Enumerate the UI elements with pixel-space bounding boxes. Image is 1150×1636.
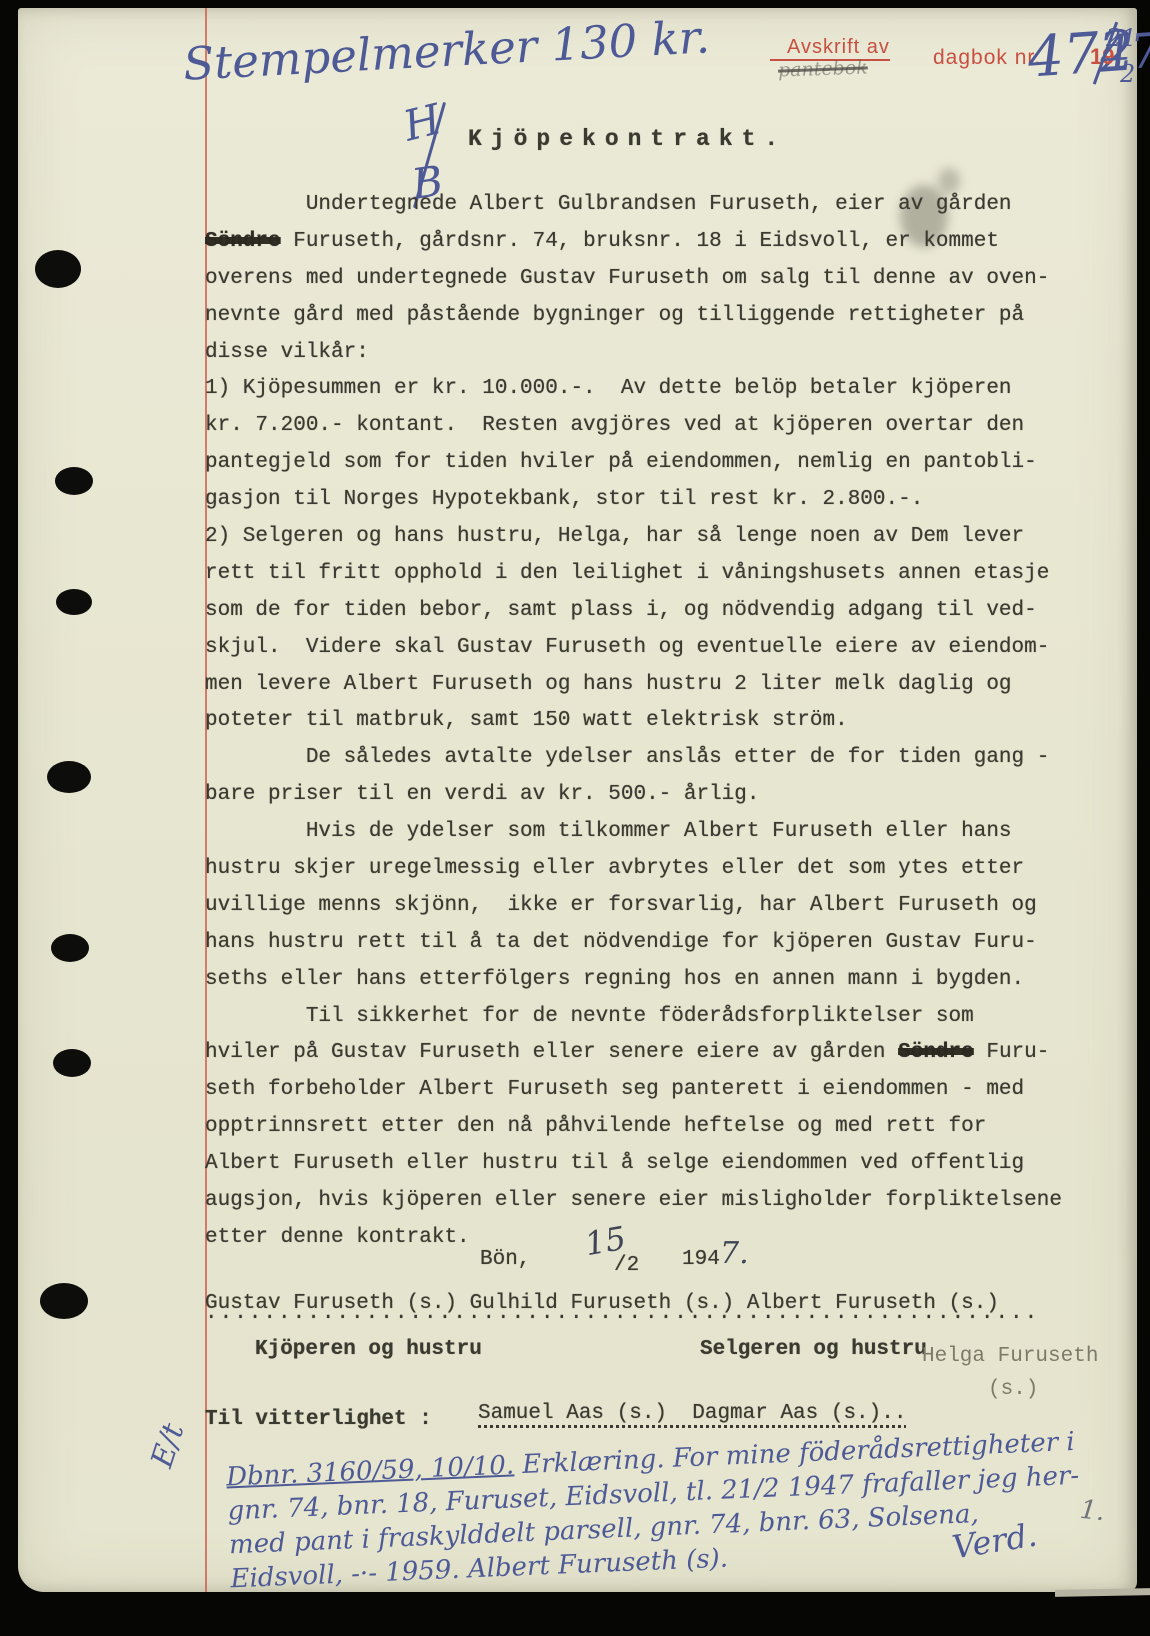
typed-line: gasjon til Norges Hypotekbank, stor til … [205,488,1105,525]
ink-smudge [938,168,960,194]
wife-signature-name: Helga Furuseth [922,1345,1098,1368]
buyer-label: Kjöperen og hustru [255,1338,482,1361]
typed-line: Albert Furuseth eller hustru til å selge… [205,1152,1105,1189]
witness-label: Til vitterlighet : [205,1408,432,1431]
typed-line: 1) Kjöpesummen er kr. 10.000.-. Av dette… [205,377,1105,414]
wife-signature-s: (s.) [988,1378,1038,1401]
date-year-final-handwritten: 7. [720,1236,749,1271]
contract-body: Undertegnede Albert Gulbrandsen Furuseth… [205,193,1105,1263]
typed-line: augsjon, hvis kjöperen eller senere eier… [205,1189,1105,1226]
next-page-edge [1055,1588,1150,1597]
seller-label: Selgeren og hustru [700,1338,927,1361]
date-month-typed: /2 [614,1254,639,1277]
typed-line: som de for tiden bebor, samt plass i, og… [205,599,1105,636]
typed-line: opptrinnsrett etter den nå påhvilende he… [205,1115,1105,1152]
typed-line: hans hustru rett til å ta det nödvendige… [205,931,1105,968]
punch-hole [53,1049,91,1077]
journal-stamp-text: dagbok nr. [933,46,1041,70]
corner-mark: 1. [1079,1495,1107,1527]
typed-line: seth forbeholder Albert Furuseth seg pan… [205,1078,1105,1115]
typed-line: rett til fritt opphold i den leilighet i… [205,562,1105,599]
typed-line: Til sikkerhet for de nevnte föderådsforp… [205,1005,1105,1042]
punch-hole [56,589,92,615]
typed-line: hustru skjer uregelmessig eller avbrytes… [205,857,1105,894]
typed-line: 2) Selgeren og hans hustru, Helga, har s… [205,525,1105,562]
typed-line: men levere Albert Furuseth og hans hustr… [205,673,1105,710]
typed-line: skjul. Videre skal Gustav Furuseth og ev… [205,636,1105,673]
typed-line: Hvis de ydelser som tilkommer Albert Fur… [205,820,1105,857]
overtyped-word: Söndre [898,1041,974,1064]
witness-names: Samuel Aas (s.) Dagmar Aas (s.).. [478,1402,906,1425]
typed-line: nevnte gård med påstående bygninger og t… [205,304,1105,341]
typed-line: kr. 7.200.- kontant. Resten avgjöres ved… [205,414,1105,451]
typed-line: disse vilkår: [205,341,1105,378]
signature-dots-right: ........................... [645,1302,1039,1325]
punch-hole [40,1283,88,1319]
date-fraction-denominator: 2 [1120,60,1135,88]
signature-dots-left: .............................. [205,1302,643,1325]
date-place: Bön, [480,1248,530,1271]
typed-line: seths eller hans etterfölgers regning ho… [205,968,1105,1005]
typed-line: Söndre Furuseth, gårdsnr. 74, bruksnr. 1… [205,230,1105,267]
punch-hole [35,250,81,288]
document-title: Kjöpekontrakt. [468,126,787,152]
typed-line: pantegjeld som for tiden hviler på eiend… [205,451,1105,488]
punch-hole [51,934,89,962]
typed-line: poteter til matbruk, samt 150 watt elekt… [205,709,1105,746]
typed-line: Undertegnede Albert Gulbrandsen Furuseth… [205,193,1105,230]
punch-hole [47,761,91,793]
date-year-typed: 194 [682,1248,720,1271]
typed-line: etter denne kontrakt. [205,1226,1105,1263]
typed-line: De således avtalte ydelser anslås etter … [205,746,1105,783]
typed-line: hviler på Gustav Furuseth eller senere e… [205,1041,1105,1078]
copy-stamp-text: Avskrift av [787,36,890,59]
overtyped-word: Söndre [205,230,281,253]
typed-line: uvillige menns skjönn, ikke er forsvarli… [205,894,1105,931]
typed-line: overens med undertegnede Gustav Furuseth… [205,267,1105,304]
scanned-contract-page: Stempelmerker 130 kr. H B Avskrift av pa… [0,0,1150,1636]
crossed-out-word: pantebok [778,56,868,81]
punch-hole [55,467,93,495]
typed-line: bare priser til en verdi av kr. 500.- år… [205,783,1105,820]
